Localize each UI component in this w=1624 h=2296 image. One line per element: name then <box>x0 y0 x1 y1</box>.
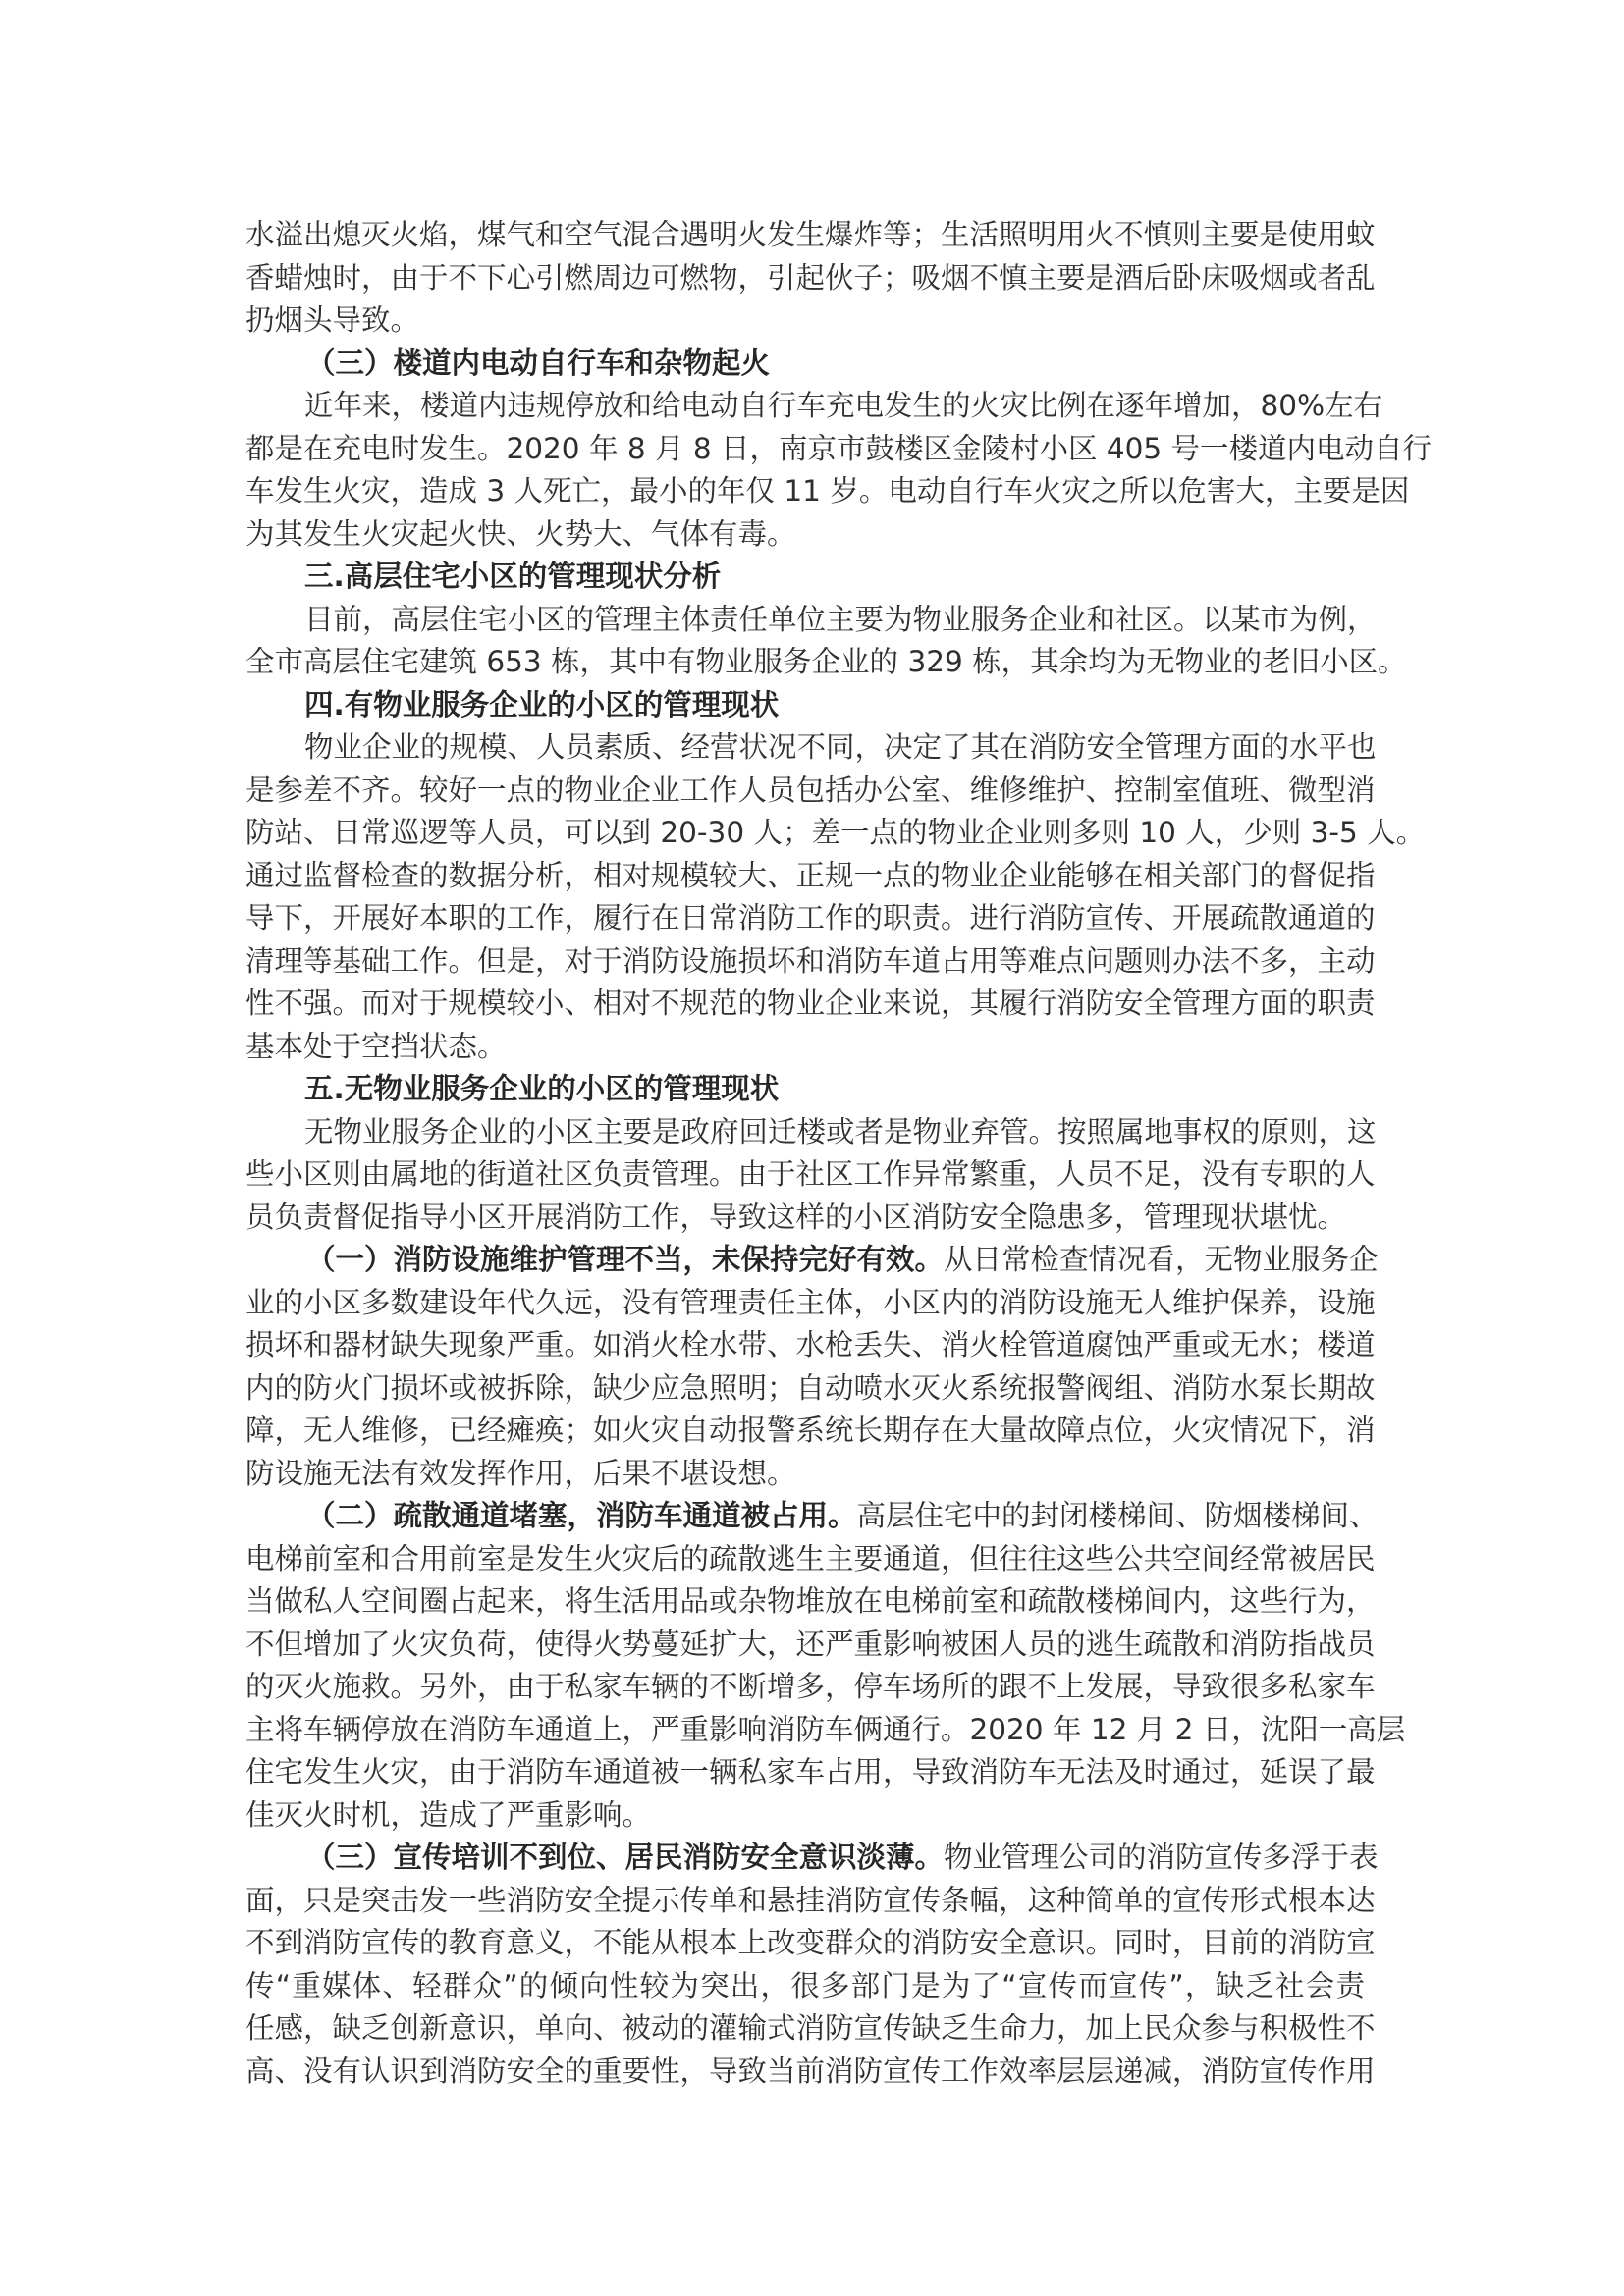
body-line: 员负责督促指导小区开展消防工作，导致这样的小区消防安全隐患多，管理现状堪忧。 <box>245 1197 1365 1240</box>
body-line: 业的小区多数建设年代久远，没有管理责任主体，小区内的消防设施无人维护保养，设施 <box>245 1282 1365 1325</box>
body-line: 佳灭火时机，造成了严重影响。 <box>245 1794 1365 1838</box>
section-heading: 四.有物业服务企业的小区的管理现状 <box>245 684 1365 727</box>
body-line: 内的防火门损坏或被拆除，缺少应急照明；自动喷水灭火系统报警阀组、消防水泵长期故 <box>245 1367 1365 1411</box>
body-line: 高、没有认识到消防安全的重要性，导致当前消防宣传工作效率层层递减，消防宣传作用 <box>245 2051 1365 2094</box>
body-line: 防站、日常巡逻等人员，可以到 20-30 人；差一点的物业企业则多则 10 人，… <box>245 812 1365 855</box>
subsection-paragraph-start: （三）宣传培训不到位、居民消防安全意识淡薄。物业管理公司的消防宣传多浮于表 <box>245 1837 1365 1880</box>
subsection-lead: （一）消防设施维护管理不当，未保持完好有效。 <box>306 1243 944 1276</box>
body-line: 损坏和器材缺失现象严重。如消火栓水带、水枪丢失、消火栓管道腐蚀严重或无水；楼道 <box>245 1324 1365 1367</box>
body-line: 的灭火施救。另外，由于私家车辆的不断增多，停车场所的跟不上发展，导致很多私家车 <box>245 1666 1365 1709</box>
body-line: 些小区则由属地的街道社区负责管理。由于社区工作异常繁重，人员不足，没有专职的人 <box>245 1153 1365 1197</box>
subsection-paragraph-start: （一）消防设施维护管理不当，未保持完好有效。从日常检查情况看，无物业服务企 <box>245 1239 1365 1282</box>
body-line: 全市高层住宅建筑 653 栋，其中有物业服务企业的 329 栋，其余均为无物业的… <box>245 641 1365 684</box>
body-line: 防设施无法有效发挥作用，后果不堪设想。 <box>245 1453 1365 1496</box>
body-line: 清理等基础工作。但是，对于消防设施损坏和消防车道占用等难点问题则办法不多，主动 <box>245 940 1365 984</box>
body-line: 基本处于空挡状态。 <box>245 1026 1365 1069</box>
paragraph-start-line: 无物业服务企业的小区主要是政府回迁楼或者是物业弃管。按照属地事权的原则，这 <box>245 1111 1365 1154</box>
paragraph-start-line: 目前，高层住宅小区的管理主体责任单位主要为物业服务企业和社区。以某市为例， <box>245 599 1365 642</box>
document-page: 水溢出熄灭火焰，煤气和空气混合遇明火发生爆炸等；生活照明用火不慎则主要是使用蚊 … <box>245 214 1365 2093</box>
body-line: 水溢出熄灭火焰，煤气和空气混合遇明火发生爆炸等；生活照明用火不慎则主要是使用蚊 <box>245 214 1365 257</box>
body-line: 性不强。而对于规模较小、相对不规范的物业企业来说，其履行消防安全管理方面的职责 <box>245 983 1365 1026</box>
body-line: 障，无人维修，已经瘫痪；如火灾自动报警系统长期存在大量故障点位，火灾情况下，消 <box>245 1410 1365 1453</box>
body-line: 扔烟头导致。 <box>245 299 1365 343</box>
subsection-lead: （二）疏散通道堵塞，消防车通道被占用。 <box>306 1499 857 1532</box>
body-line: 电梯前室和合用前室是发生火灾后的疏散逃生主要通道，但往往这些公共空间经常被居民 <box>245 1538 1365 1581</box>
body-line: 传“重媒体、轻群众”的倾向性较为突出，很多部门是为了“宣传而宣传”，缺乏社会责 <box>245 1965 1365 2008</box>
body-line: 任感，缺乏创新意识，单向、被动的灌输式消防宣传缺乏生命力，加上民众参与积极性不 <box>245 2007 1365 2051</box>
section-heading: 五.无物业服务企业的小区的管理现状 <box>245 1068 1365 1111</box>
paragraph-start-line: 近年来，楼道内违规停放和给电动自行车充电发生的火灾比例在逐年增加，80%左右 <box>245 385 1365 428</box>
body-line: 当做私人空间圈占起来，将生活用品或杂物堆放在电梯前室和疏散楼梯间内，这些行为， <box>245 1580 1365 1624</box>
body-line: 住宅发生火灾，由于消防车通道被一辆私家车占用，导致消防车无法及时通过，延误了最 <box>245 1751 1365 1794</box>
subsection-lead: （三）宣传培训不到位、居民消防安全意识淡薄。 <box>306 1841 944 1874</box>
body-line: 为其发生火灾起火快、火势大、气体有毒。 <box>245 513 1365 557</box>
subsection-text: 高层住宅中的封闭楼梯间、防烟楼梯间、 <box>857 1499 1379 1532</box>
body-line: 导下，开展好本职的工作，履行在日常消防工作的职责。进行消防宣传、开展疏散通道的 <box>245 897 1365 940</box>
body-line: 面，只是突击发一些消防安全提示传单和悬挂消防宣传条幅，这种简单的宣传形式根本达 <box>245 1880 1365 1923</box>
body-line: 通过监督检查的数据分析，相对规模较大、正规一点的物业企业能够在相关部门的督促指 <box>245 855 1365 898</box>
body-line: 车发生火灾，造成 3 人死亡，最小的年仅 11 岁。电动自行车火灾之所以危害大，… <box>245 470 1365 513</box>
body-line: 不但增加了火灾负荷，使得火势蔓延扩大，还严重影响被困人员的逃生疏散和消防指战员 <box>245 1624 1365 1667</box>
body-line: 主将车辆停放在消防车通道上，严重影响消防车俩通行。2020 年 12 月 2 日… <box>245 1709 1365 1752</box>
section-subheading: （三）楼道内电动自行车和杂物起火 <box>245 343 1365 386</box>
paragraph-start-line: 物业企业的规模、人员素质、经营状况不同，决定了其在消防安全管理方面的水平也 <box>245 726 1365 770</box>
subsection-text: 从日常检查情况看，无物业服务企 <box>944 1243 1379 1276</box>
body-line: 是参差不齐。较好一点的物业企业工作人员包括办公室、维修维护、控制室值班、微型消 <box>245 770 1365 813</box>
section-heading: 三.高层住宅小区的管理现状分析 <box>245 556 1365 599</box>
body-line: 香蜡烛时，由于不下心引燃周边可燃物，引起伙子；吸烟不慎主要是酒后卧床吸烟或者乱 <box>245 257 1365 300</box>
body-line: 不到消防宣传的教育意义，不能从根本上改变群众的消防安全意识。同时，目前的消防宣 <box>245 1922 1365 1965</box>
body-line: 都是在充电时发生。2020 年 8 月 8 日，南京市鼓楼区金陵村小区 405 … <box>245 428 1365 471</box>
subsection-text: 物业管理公司的消防宣传多浮于表 <box>944 1841 1379 1874</box>
subsection-paragraph-start: （二）疏散通道堵塞，消防车通道被占用。高层住宅中的封闭楼梯间、防烟楼梯间、 <box>245 1495 1365 1538</box>
